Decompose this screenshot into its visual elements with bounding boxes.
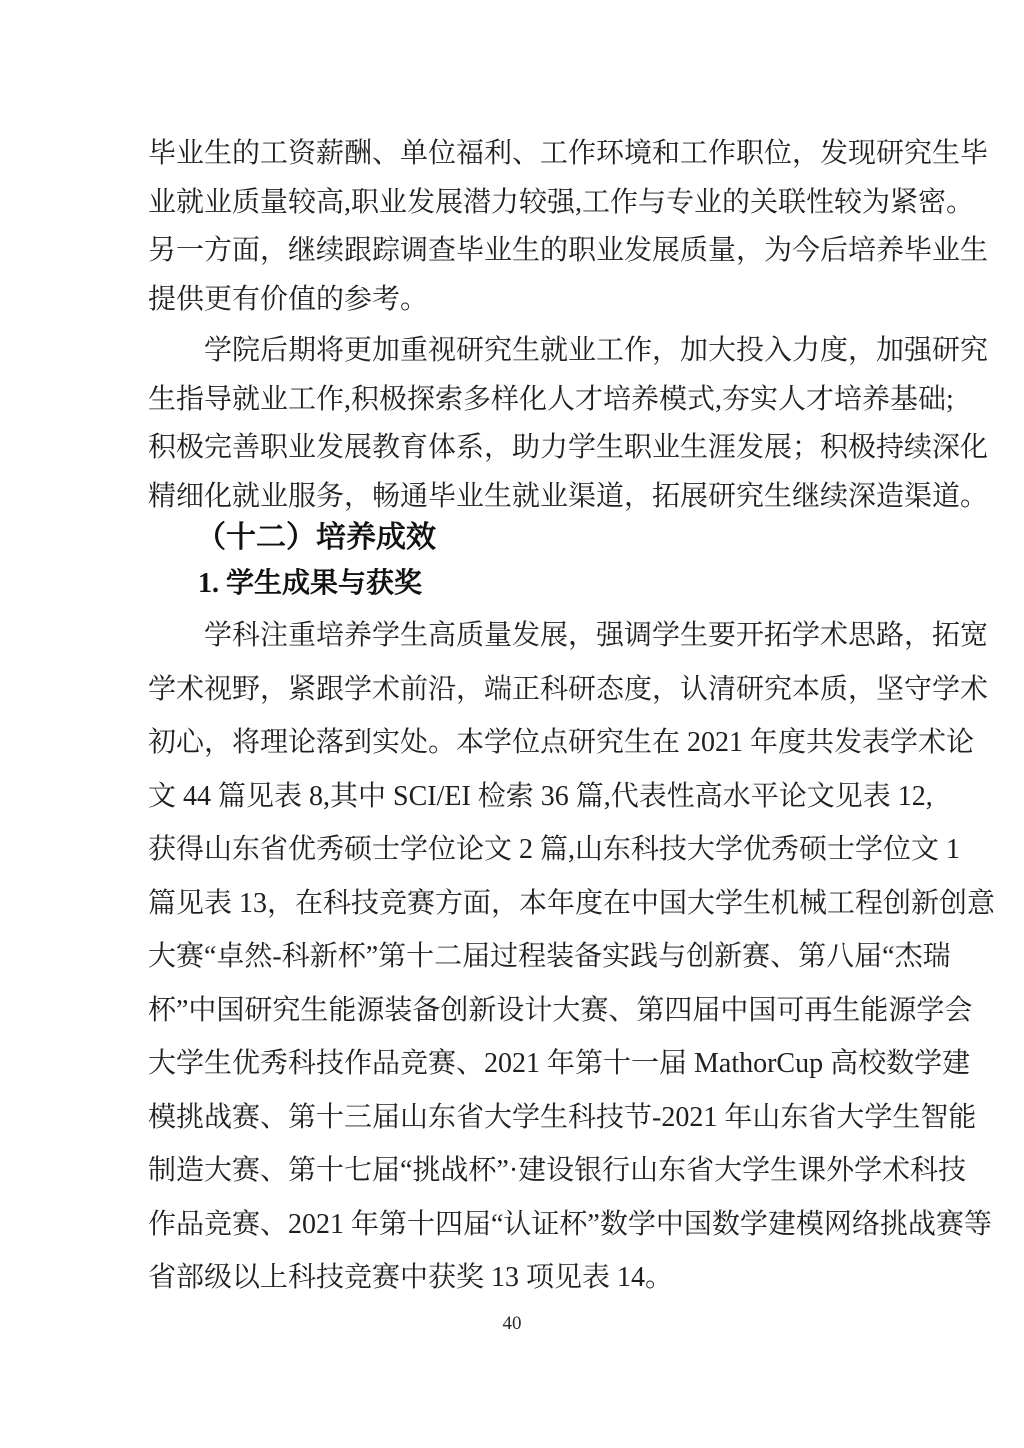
paragraph-line: 杯”中国研究生能源装备创新设计大赛、第四届中国可再生能源学会 [148,984,886,1038]
paragraph-line: 文 44 篇见表 8,其中 SCI/EI 检索 36 篇,代表性高水平论文见表 … [148,770,886,824]
page-number: 40 [0,1312,1024,1336]
paragraph-line: 精细化就业服务，畅通毕业生就业渠道，拓展研究生继续深造渠道。 [148,473,886,522]
paragraph-student-achievements: 学科注重培养学生高质量发展，强调学生要开拓学术思路，拓宽 学术视野，紧跟学术前沿… [148,609,886,1305]
paragraph-line: 作品竞赛、2021 年第十四届“认证杯”数学中国数学建模网络挑战赛等 [148,1198,886,1252]
paragraph-line: 制造大赛、第十七届“挑战杯”·建设银行山东省大学生课外学术科技 [148,1144,886,1198]
paragraph-line: 提供更有价值的参考。 [148,276,886,325]
subsection-heading: 1. 学生成果与获奖 [198,562,422,606]
paragraph-line: 学科注重培养学生高质量发展，强调学生要开拓学术思路，拓宽 [148,609,886,663]
paragraph-line: 毕业生的工资薪酬、单位福利、工作环境和工作职位，发现研究生毕 [148,130,886,179]
document-page: 毕业生的工资薪酬、单位福利、工作环境和工作职位，发现研究生毕 业就业质量较高,职… [0,0,1024,1448]
paragraph-line: 大赛“卓然-科新杯”第十二届过程装备实践与创新赛、第八届“杰瑞 [148,930,886,984]
paragraph-line: 初心，将理论落到实处。本学位点研究生在 2021 年度共发表学术论 [148,716,886,770]
paragraph-line: 获得山东省优秀硕士学位论文 2 篇,山东科技大学优秀硕士学位文 1 [148,823,886,877]
section-heading: （十二）培养成效 [196,515,436,561]
paragraph-future-plans: 学院后期将更加重视研究生就业工作，加大投入力度，加强研究 生指导就业工作,积极探… [148,327,886,521]
paragraph-line: 生指导就业工作,积极探索多样化人才培养模式,夯实人才培养基础; [148,376,886,425]
paragraph-line: 学院后期将更加重视研究生就业工作，加大投入力度，加强研究 [148,327,886,376]
paragraph-line: 积极完善职业发展教育体系，助力学生职业生涯发展；积极持续深化 [148,424,886,473]
paragraph-line: 模挑战赛、第十三届山东省大学生科技节-2021 年山东省大学生智能 [148,1091,886,1145]
paragraph-line: 学术视野，紧跟学术前沿，端正科研态度，认清研究本质，坚守学术 [148,663,886,717]
paragraph-line: 另一方面，继续跟踪调查毕业生的职业发展质量，为今后培养毕业生 [148,227,886,276]
paragraph-line: 篇见表 13，在科技竞赛方面，本年度在中国大学生机械工程创新创意 [148,877,886,931]
paragraph-employment-quality: 毕业生的工资薪酬、单位福利、工作环境和工作职位，发现研究生毕 业就业质量较高,职… [148,130,886,324]
paragraph-line: 大学生优秀科技作品竞赛、2021 年第十一届 MathorCup 高校数学建 [148,1037,886,1091]
paragraph-line: 省部级以上科技竞赛中获奖 13 项见表 14。 [148,1251,886,1305]
paragraph-line: 业就业质量较高,职业发展潜力较强,工作与专业的关联性较为紧密。 [148,179,886,228]
